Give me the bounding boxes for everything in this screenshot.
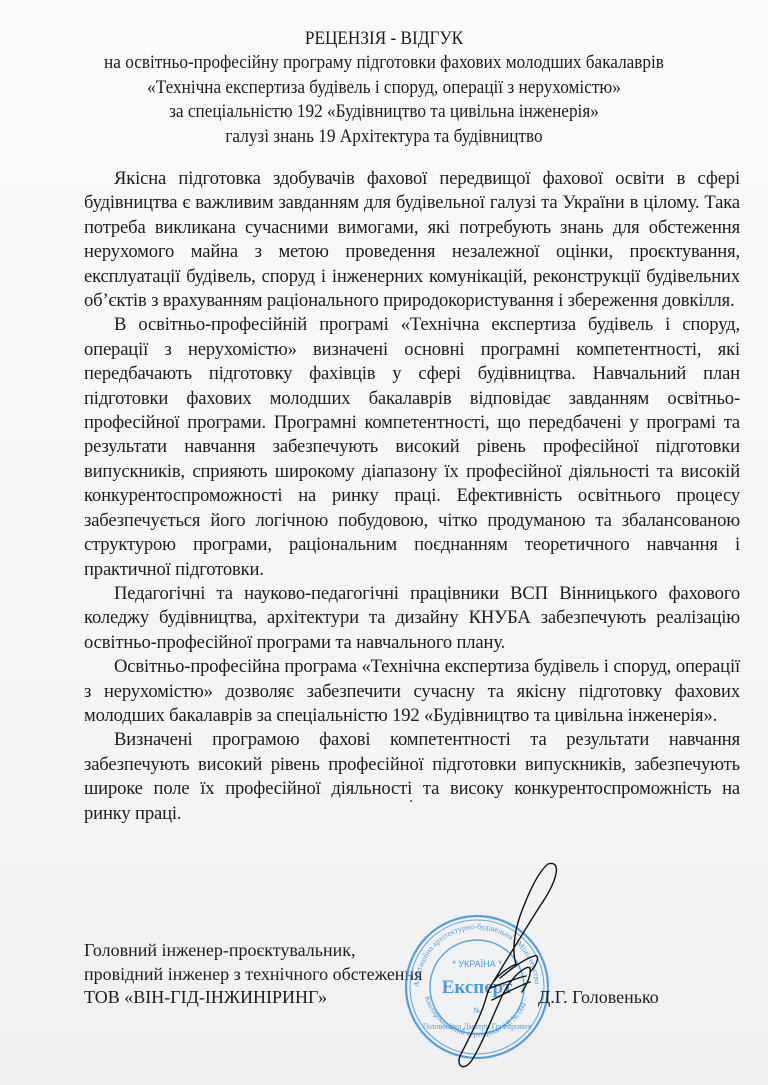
- subtitle-line: за спеціальністю 192 «Будівництво та цив…: [27, 100, 741, 124]
- handwritten-signature-icon: [430, 860, 580, 1075]
- paragraph: Освітньо-професійна програма «Технічна е…: [84, 655, 740, 728]
- document-page: РЕЦЕНЗІЯ - ВІДГУК на освітньо-професійну…: [0, 0, 768, 1085]
- subtitle-line: на освітньо-професійну програму підготов…: [27, 51, 741, 75]
- stray-mark: [410, 800, 412, 802]
- signer-name: Д.Г. Головенько: [538, 986, 659, 1009]
- subtitle-line: галузі знань 19 Архітектура та будівницт…: [27, 125, 741, 149]
- document-body: Якісна підготовка здобувачів фахової пер…: [84, 167, 740, 826]
- position-line: ТОВ «ВІН-ГІД-ІНЖИНІРИНГ»: [84, 986, 422, 1010]
- paragraph: Педагогічні та науково-педагогічні праці…: [84, 582, 740, 655]
- subtitle-line: «Технічна експертиза будівель і споруд, …: [27, 76, 741, 100]
- document-header: РЕЦЕНЗІЯ - ВІДГУК на освітньо-професійну…: [27, 27, 741, 149]
- paragraph: В освітньо-професійній програмі «Технічн…: [84, 313, 740, 581]
- paragraph: Визначені програмою фахові компетентност…: [84, 728, 740, 826]
- position-line: Головний інженер-проєктувальник,: [84, 939, 422, 963]
- document-title: РЕЦЕНЗІЯ - ВІДГУК: [27, 27, 741, 51]
- position-line: провідний інженер з технічного обстеженн…: [84, 963, 422, 987]
- signer-position: Головний інженер-проєктувальник, провідн…: [84, 939, 422, 1010]
- paragraph: Якісна підготовка здобувачів фахової пер…: [84, 167, 740, 313]
